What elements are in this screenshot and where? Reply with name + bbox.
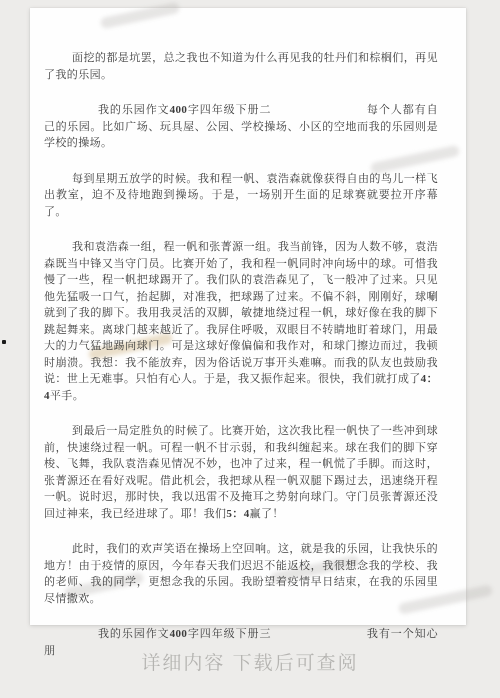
paragraph-text: 赢了！ — [250, 508, 284, 520]
paragraph: 面挖的都是坑罢，总之我也不知道为什么再见我的牡丹们和棕榈们，再见了我的乐园。 — [44, 50, 438, 83]
paragraph-text: 我的乐园作文 — [98, 104, 170, 116]
bold-number: 400 — [170, 628, 188, 640]
bullet-marker — [2, 340, 6, 344]
paragraph-text: 每到星期五放学的时候。我和程一帆、袁浩森就像获得自由的鸟儿一样飞出教室，迫不及待… — [44, 173, 438, 218]
paragraph-text: 此时，我们的欢声笑语在操场上空回响。这，就是我的乐园，让我快乐的地方！由于疫情的… — [44, 543, 438, 605]
paragraph-text: 平手。 — [50, 390, 84, 402]
paragraph-text: 我的乐园作文 — [98, 628, 170, 640]
paragraph-text: 我和袁浩森一组，程一帆和张菁源一组。我当前锋，因为人数不够，袁浩森既当中锋又当守… — [44, 241, 438, 385]
paragraph-heading: 我的乐园作文400字四年级下册二每个人都有自己的乐园。比如广场、玩具屋、公园、学… — [44, 102, 438, 152]
document-page[interactable]: 面挖的都是坑罢，总之我也不知道为什么再见我的牡丹们和棕榈们，再见了我的乐园。我的… — [30, 8, 466, 625]
paragraph-text: 字四年级下册三 — [187, 628, 271, 640]
paragraph: 到最后一局定胜负的时候了。比赛开始，这次我比程一帆快了一些冲到球前，快速绕过程一… — [44, 423, 438, 522]
preview-caption: 详细内容 下载后可查阅 — [0, 648, 500, 675]
bold-number: 400 — [170, 104, 188, 116]
preview-stage: 面挖的都是坑罢，总之我也不知道为什么再见我的牡丹们和棕榈们，再见了我的乐园。我的… — [0, 0, 500, 698]
bold-number: 5：4 — [226, 508, 249, 520]
paragraph-text: 字四年级下册二 — [187, 104, 271, 116]
watermark — [100, 2, 181, 29]
paragraph: 每到星期五放学的时候。我和程一帆、袁浩森就像获得自由的鸟儿一样飞出教室，迫不及待… — [44, 171, 438, 221]
document-content: 面挖的都是坑罢，总之我也不知道为什么再见我的牡丹们和棕榈们，再见了我的乐园。我的… — [44, 50, 438, 678]
paragraph-text: 面挖的都是坑罢，总之我也不知道为什么再见我的牡丹们和棕榈们，再见了我的乐园。 — [44, 52, 438, 81]
paragraph-text: 到最后一局定胜负的时候了。比赛开始，这次我比程一帆快了一些冲到球前，快速绕过程一… — [44, 425, 438, 520]
paragraph: 此时，我们的欢声笑语在操场上空回响。这，就是我的乐园，让我快乐的地方！由于疫情的… — [44, 541, 438, 607]
paragraph: 我和袁浩森一组，程一帆和张菁源一组。我当前锋，因为人数不够，袁浩森既当中锋又当守… — [44, 239, 438, 404]
